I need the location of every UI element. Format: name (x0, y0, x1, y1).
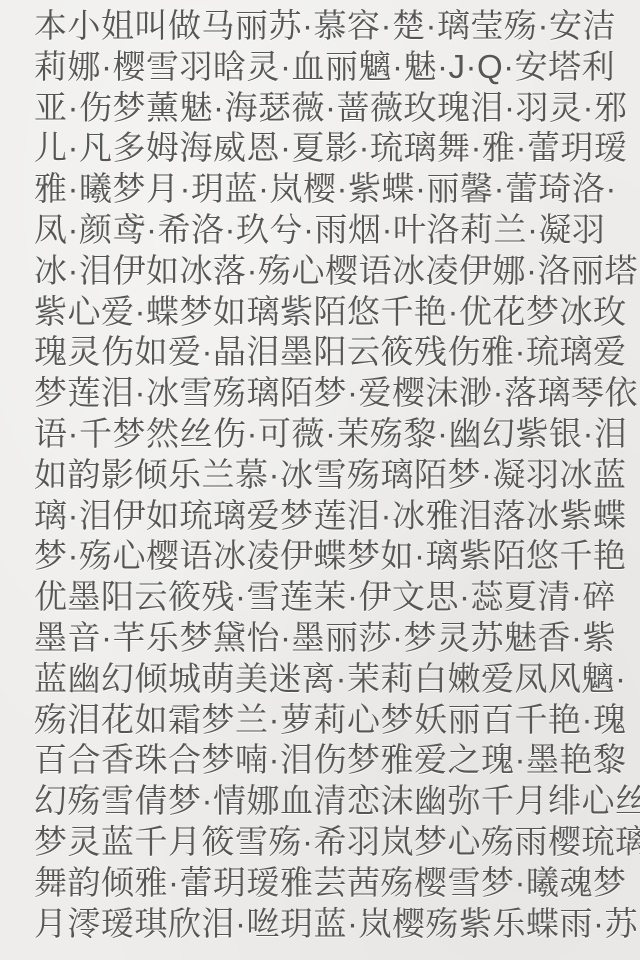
text-line: 瑰灵伤如爱·晶泪墨阳云筱残伤雅·琉璃爱 (34, 332, 620, 373)
text-line: 亚·伤梦薰魅·海瑟薇·蔷薇玫瑰泪·羽灵·邪 (34, 88, 620, 129)
page-background: { "page": { "background_color": "#eeedeb… (0, 0, 640, 960)
text-line: 梦灵蓝千月筱雪殇·希羽岚梦心殇雨樱琉璃 (34, 822, 620, 863)
text-line: 幻殇雪倩梦·情娜血清恋沫幽弥千月绯心丝 (34, 781, 620, 822)
text-line: 紫心爱·蝶梦如璃紫陌悠千艳·优花梦冰玫 (34, 292, 620, 333)
text-line: 语·千梦然丝伤·可薇·茉殇黎·幽幻紫银·泪 (34, 414, 620, 455)
text-line: 凤·颜鸢·希洛·玖兮·雨烟·叶洛莉兰·凝羽 (34, 210, 620, 251)
text-line: 璃·泪伊如琉璃爱梦莲泪·冰雅泪落冰紫蝶 (34, 496, 620, 537)
text-line: 本小姐叫做马丽苏·慕容·楚·璃莹殇·安洁 (34, 6, 620, 47)
text-line: 舞韵倾雅·蕾玥瑷雅芸茜殇樱雪梦·曦魂梦 (34, 863, 620, 904)
text-line: 梦·殇心樱语冰凌伊蝶梦如·璃紫陌悠千艳 (34, 536, 620, 577)
text-line: 梦莲泪·冰雪殇璃陌梦·爱樱沫渺·落璃琴依 (34, 373, 620, 414)
text-line: 百合香珠合梦喃·泪伤梦雅爱之瑰·墨艳黎 (34, 740, 620, 781)
text-line: 优墨阳云筱残·雪莲茉·伊文思·蕊夏清·碎 (34, 577, 620, 618)
text-line: 蓝幽幻倾城萌美迷离·茉莉白嫩爱凤风魑· (34, 659, 620, 700)
text-line: 莉娜·樱雪羽晗灵·血丽魑·魅·J·Q·安塔利 (34, 47, 620, 88)
text-line: 墨音·芊乐梦黛怡·墨丽莎·梦灵苏魅香·紫 (34, 618, 620, 659)
text-line: 雅·曦梦月·玥蓝·岚樱·紫蝶·丽馨·蕾琦洛· (34, 169, 620, 210)
text-line: 儿·凡多姆海威恩·夏影·琉璃舞·雅·蕾玥瑷 (34, 128, 620, 169)
name-text-paragraph: 本小姐叫做马丽苏·慕容·楚·璃莹殇·安洁 莉娜·樱雪羽晗灵·血丽魑·魅·J·Q·… (34, 6, 620, 944)
text-line: 冰·泪伊如冰落·殇心樱语冰凌伊娜·洛丽塔 (34, 251, 620, 292)
text-line: 如韵影倾乐兰慕·冰雪殇璃陌梦·凝羽冰蓝 (34, 455, 620, 496)
text-line: 月澪瑷琪欣泪·咝玥蓝·岚樱殇紫乐蝶雨·苏 (34, 904, 620, 945)
text-line: 殇泪花如霜梦兰·萝莉心梦妖丽百千艳·瑰 (34, 700, 620, 741)
